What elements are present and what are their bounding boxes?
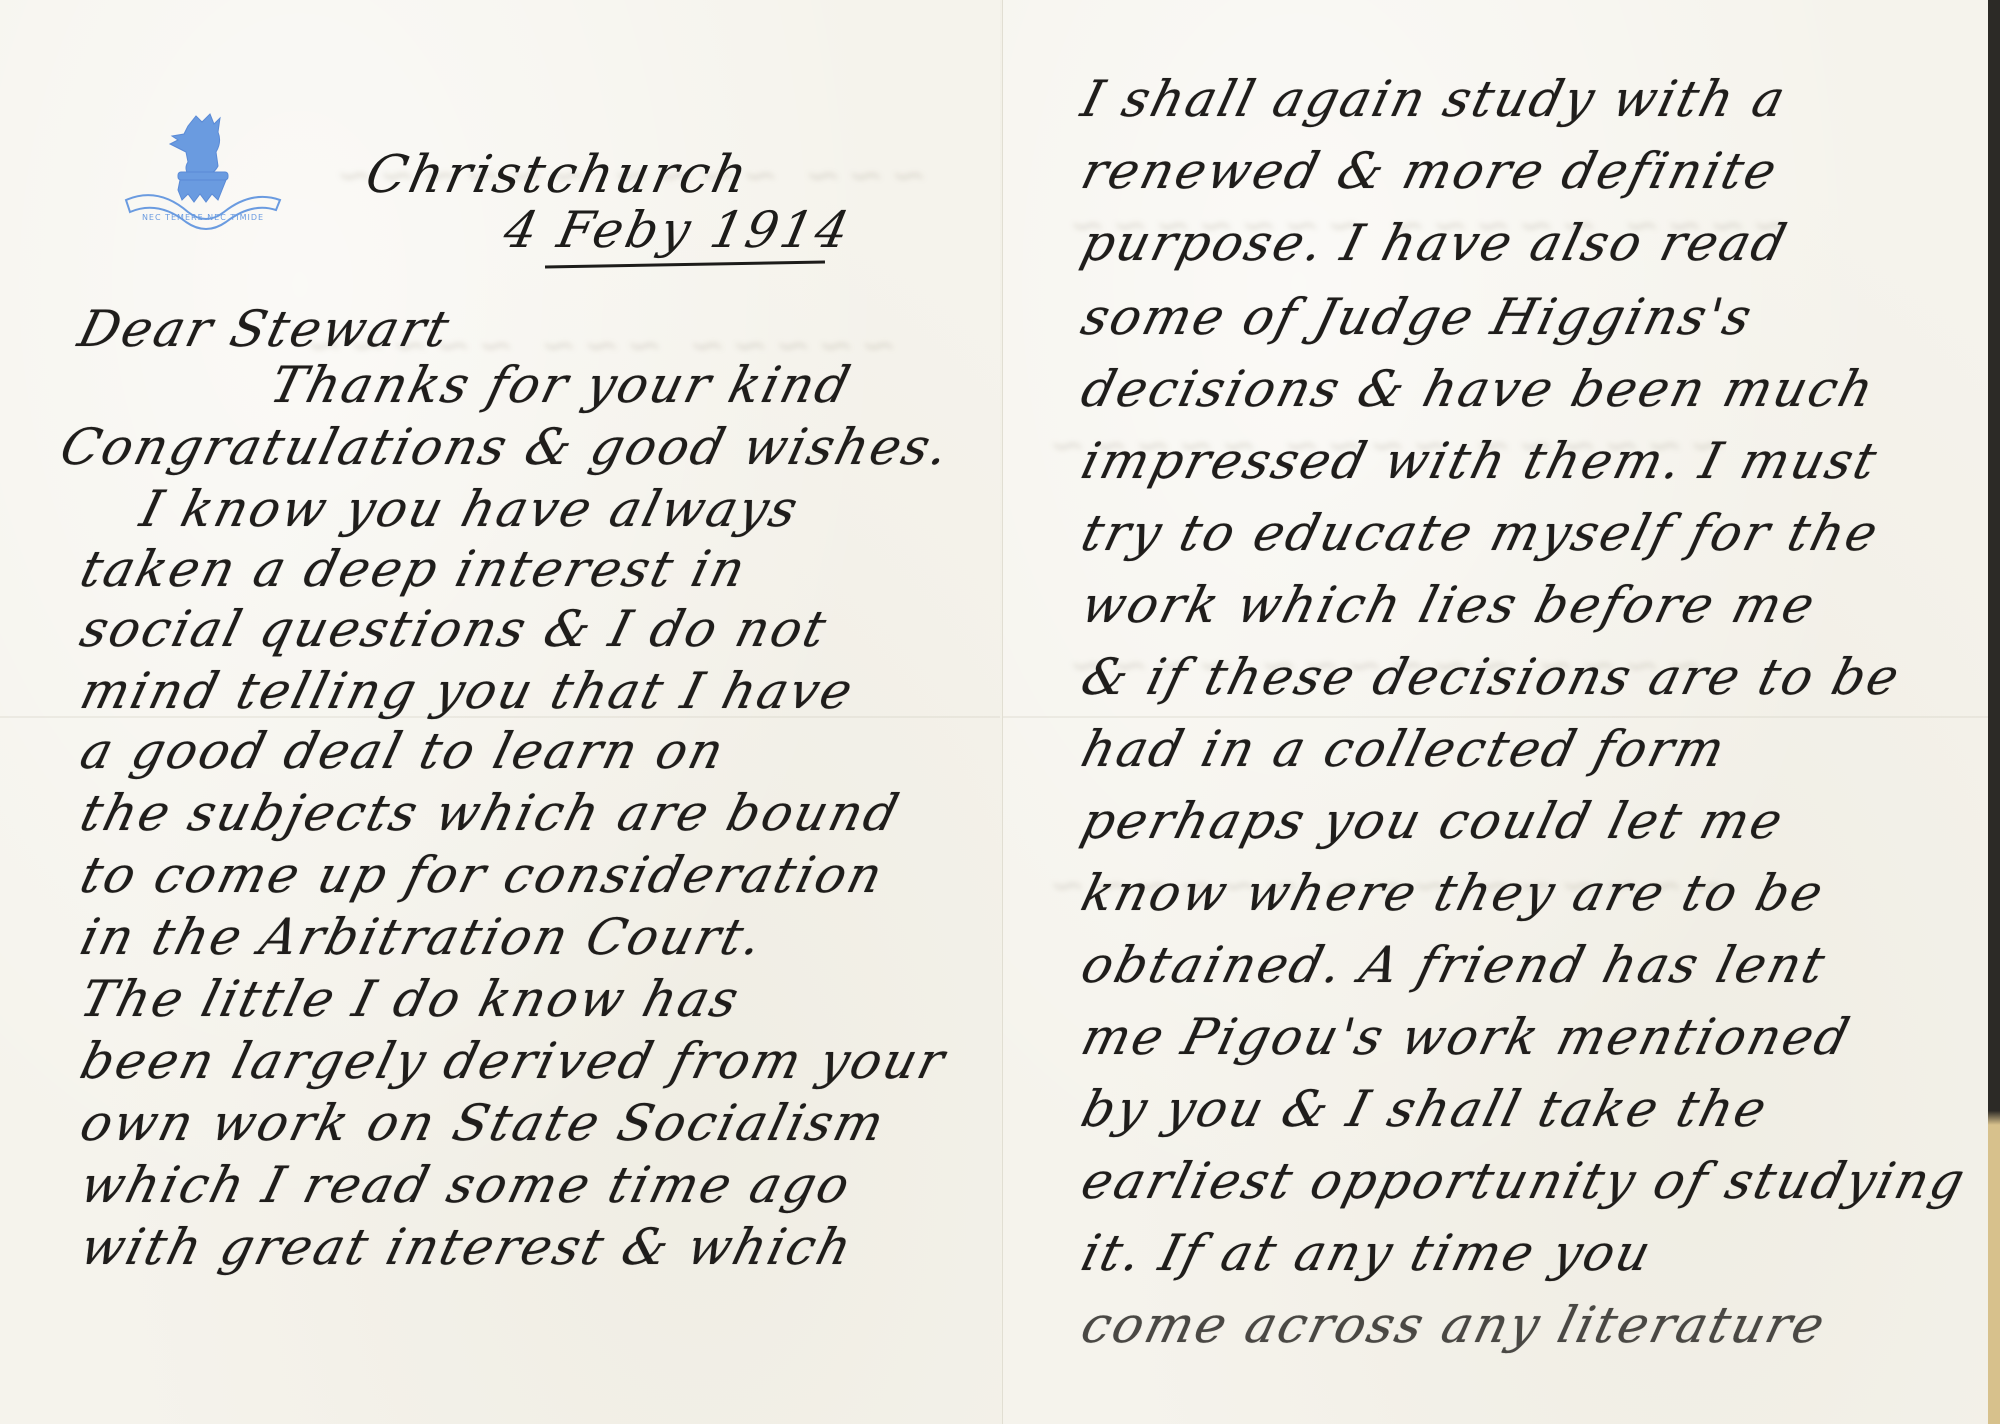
body-line: Thanks for your kind <box>265 356 858 414</box>
body-line: perhaps you could let me <box>1076 792 1791 850</box>
scan-edge <box>1988 0 2000 1424</box>
date-underline <box>545 261 825 269</box>
body-line: obtained. A friend has lent <box>1076 936 1833 994</box>
salutation: Dear Stewart <box>73 300 457 358</box>
body-line: & if these decisions are to be <box>1076 648 1907 706</box>
heading-place: Christchurch <box>361 145 872 205</box>
body-line: by you & I shall take the <box>1076 1080 1775 1138</box>
body-line: Congratulations & good wishes. <box>55 418 957 476</box>
body-line: know where they are to be <box>1076 864 1831 922</box>
body-line: a good deal to learn on <box>75 722 732 780</box>
body-line: me Pigou's work mentioned <box>1076 1008 1857 1066</box>
body-line: purpose. I have also read <box>1076 214 1794 272</box>
body-line: come across any literature <box>1076 1296 1833 1354</box>
body-line: some of Judge Higgins's <box>1076 288 1760 346</box>
body-line: earliest opportunity of studying <box>1076 1152 1973 1210</box>
paper-fold-line <box>1003 716 1989 718</box>
body-line: the subjects which are bound <box>75 784 907 842</box>
letterhead-crest: NEC TEMERE NEC TIMIDE <box>118 108 288 238</box>
body-line: work which lies before me <box>1076 576 1823 634</box>
letter-heading: Christchurch 4 Feby 1914 <box>365 145 865 259</box>
body-line: it. If at any time you <box>1076 1224 1659 1282</box>
body-line: had in a collected form <box>1076 720 1733 778</box>
body-line: which I read some time ago <box>75 1156 858 1214</box>
body-line: impressed with them. I must <box>1076 432 1885 490</box>
body-line: try to educate myself for the <box>1076 504 1886 562</box>
body-line: been largely derived from your <box>75 1032 953 1090</box>
body-line: I shall again study with a <box>1076 70 1793 128</box>
body-line: The little I do know has <box>75 970 747 1028</box>
heading-date: 4 Feby 1914 <box>499 201 871 259</box>
body-line: social questions & I do not <box>75 600 834 658</box>
letter-page-right: ~~~~ ~~~~~ ~~~~~~~ ~~~~~~ ~~~~ ~~~~~ ~~~… <box>1002 0 1989 1424</box>
body-line: with great interest & which <box>75 1218 860 1276</box>
griffin-crest-icon: NEC TEMERE NEC TIMIDE <box>118 108 288 238</box>
letter-spread: ~~~ ~~~~ ~~~~~~ ~~~~~ ~~~ ~~~~~ NEC TEME… <box>0 0 2000 1424</box>
letter-page-left: ~~~ ~~~~ ~~~~~~ ~~~~~ ~~~ ~~~~~ NEC TEME… <box>0 0 1000 1424</box>
body-line: mind telling you that I have <box>75 662 861 720</box>
body-line: own work on State Socialism <box>75 1094 892 1152</box>
svg-text:NEC TEMERE NEC TIMIDE: NEC TEMERE NEC TIMIDE <box>142 213 264 222</box>
body-line: I know you have always <box>135 480 806 538</box>
body-line: in the Arbitration Court. <box>75 908 770 966</box>
body-line: to come up for consideration <box>75 846 891 904</box>
body-line: decisions & have been much <box>1076 360 1882 418</box>
body-line: taken a deep interest in <box>75 540 753 598</box>
body-line: renewed & more definite <box>1076 142 1785 200</box>
